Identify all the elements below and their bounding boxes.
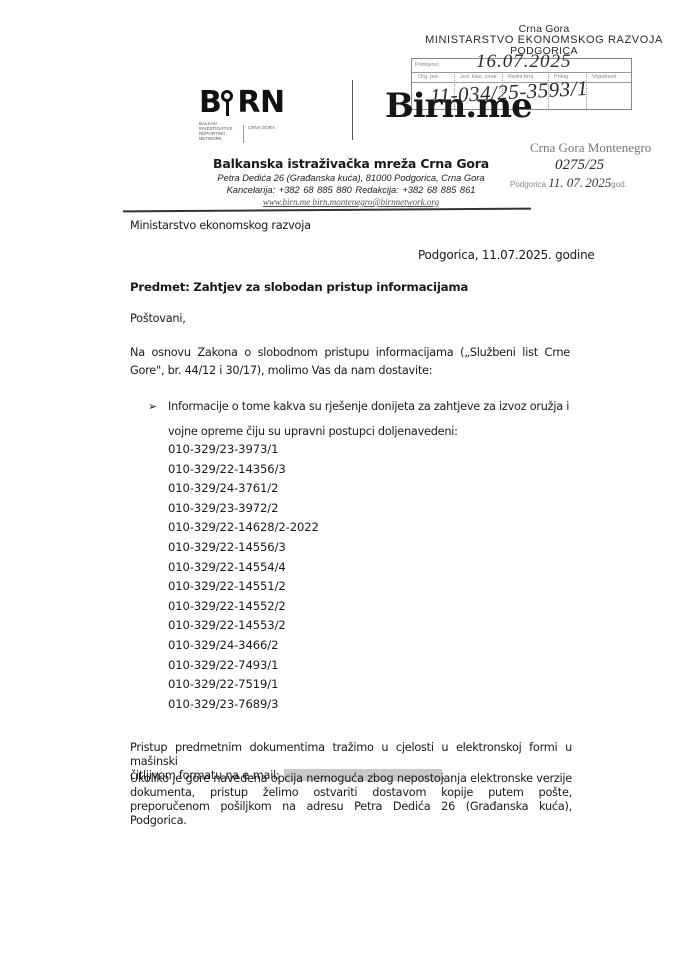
organization-name: Balkanska istraživačka mreža Crna Gora bbox=[210, 156, 492, 171]
case-number: 010-329/22-14552/2 bbox=[168, 597, 319, 617]
case-number: 010-329/22-14356/3 bbox=[168, 460, 319, 480]
arrow-bullet-icon: ➢ bbox=[148, 394, 157, 419]
logo-region: CRNA GORA bbox=[243, 125, 275, 143]
case-number: 010-329/22-7519/1 bbox=[168, 675, 319, 695]
case-number: 010-329/22-14551/2 bbox=[168, 577, 319, 597]
birn-logo: BRN bbox=[199, 88, 285, 118]
greeting: Poštovani, bbox=[130, 312, 186, 325]
intro-paragraph: Na osnovu Zakona o slobodnom pristupu in… bbox=[130, 344, 570, 380]
organization-address: Petra Dedića 26 (Građanska kuća), 81000 … bbox=[210, 173, 492, 183]
stamp-col-label: Jed. klas. znak bbox=[460, 74, 496, 80]
case-number: 010-329/24-3466/2 bbox=[168, 636, 319, 656]
request-bullet-text: Informacije o tome kakva su rješenje don… bbox=[168, 394, 588, 444]
organization-phones: Kancelarija: +382 68 885 880 Redakcija: … bbox=[210, 185, 492, 195]
sender-stamp-suffix: god. bbox=[611, 180, 627, 189]
sender-stamp-date: Podgorica 11. 07. 2025god. bbox=[510, 175, 627, 191]
case-number: 010-329/22-14556/3 bbox=[168, 538, 319, 558]
access-line-1: Pristup predmetnim dokumentima tražimo u… bbox=[130, 741, 572, 769]
case-number: 010-329/24-3761/2 bbox=[168, 479, 319, 499]
logo-subtitle-line: NETWORK bbox=[199, 136, 233, 141]
case-number: 010-329/23-7689/3 bbox=[168, 695, 319, 715]
stamp-col-label: Org. jed. bbox=[418, 74, 439, 80]
letterhead-rule bbox=[123, 208, 531, 213]
case-number: 010-329/23-3973/1 bbox=[168, 440, 319, 460]
request-bullet: ➢ Informacije o tome kakva su rješenje d… bbox=[148, 394, 588, 444]
stamp-received-date: 16.07.2025 bbox=[476, 51, 572, 73]
logo-subtitle: BALKAN INVESTIGATIVE REPORTING NETWORK bbox=[199, 121, 233, 141]
organization-web-email[interactable]: www.birn.me birn.montenegro@birnnetwork.… bbox=[210, 197, 492, 207]
magnifier-icon bbox=[221, 88, 237, 118]
stamp-col-label: Vrijednost bbox=[592, 74, 616, 80]
case-number: 010-329/22-14628/2-2022 bbox=[168, 518, 319, 538]
sender-stamp-number: 0275/25 bbox=[555, 157, 604, 174]
sender-stamp-title: Crna Gora Montenegro bbox=[530, 140, 651, 156]
sender-stamp-date-prefix: Podgorica bbox=[510, 180, 546, 189]
sender-stamp-year: 2025 bbox=[585, 175, 611, 190]
case-number: 010-329/22-14553/2 bbox=[168, 616, 319, 636]
stamp-received-label: Primljeno: bbox=[415, 62, 439, 68]
recipient: Ministarstvo ekonomskog razvoja bbox=[130, 219, 311, 232]
logo-letters-rn: RN bbox=[237, 85, 284, 120]
case-number: 010-329/22-7493/1 bbox=[168, 656, 319, 676]
case-number: 010-329/22-14554/4 bbox=[168, 558, 319, 578]
case-number: 010-329/23-3972/2 bbox=[168, 499, 319, 519]
place-date: Podgorica, 11.07.2025. godine bbox=[418, 248, 595, 262]
logo-letter-b: B bbox=[199, 85, 221, 120]
fallback-paragraph: Ukoliko je gore navedena opcija nemoguća… bbox=[130, 772, 572, 828]
sender-stamp-date-hand: 11. 07. bbox=[548, 175, 583, 190]
subject: Predmet: Zahtjev za slobodan pristup inf… bbox=[130, 280, 468, 294]
case-number-list: 010-329/23-3973/1 010-329/22-14356/3 010… bbox=[168, 440, 319, 714]
letterhead-divider bbox=[352, 80, 353, 140]
